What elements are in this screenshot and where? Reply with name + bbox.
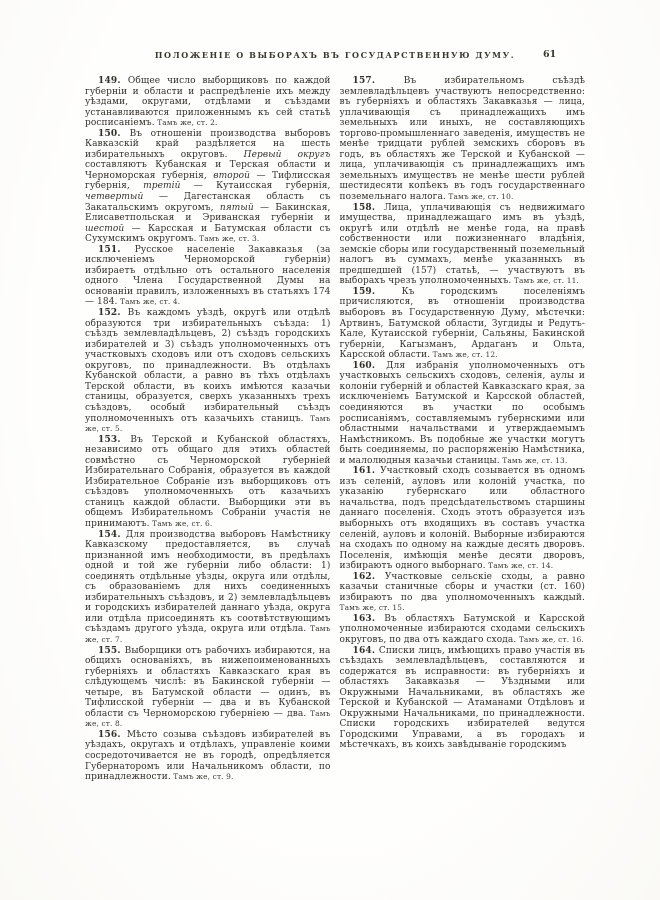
article-number: 157.	[353, 76, 404, 86]
article-text: четвертый	[85, 192, 143, 202]
article-158: 158. Лица, уплачивающія съ недвижимаго и…	[340, 203, 586, 287]
article-text: Для избранія уполномоченныхъ отъ участко…	[340, 361, 586, 466]
article-text: второй	[213, 171, 250, 181]
article-text: Списки лицъ, имѣющихъ право участія въ с…	[340, 646, 586, 751]
article-number: 154.	[98, 530, 126, 540]
source-reference: Тамъ же, ст. 12.	[430, 350, 498, 359]
article-number: 164.	[353, 646, 379, 656]
article-number: 162.	[353, 572, 385, 582]
article-number: 151.	[98, 245, 135, 255]
source-reference: Тамъ же, ст. 6.	[150, 519, 213, 528]
source-reference: Тамъ же, ст. 11.	[511, 276, 579, 285]
left-column: 149. Общее число выборщиковъ по каждой г…	[85, 76, 331, 783]
article-155: 155. Выборщики отъ рабочихъ избираются, …	[85, 646, 331, 730]
article-163: 163. Въ областяхъ Батумской и Карсской у…	[340, 614, 586, 646]
article-text: Для производства выборовъ Намѣстнику Кав…	[85, 530, 331, 635]
article-number: 158.	[353, 203, 385, 213]
article-number: 159.	[353, 287, 402, 297]
article-number: 161.	[353, 466, 381, 476]
article-162: 162. Участковые сельскіе сходы, а равно …	[340, 572, 586, 614]
article-160: 160. Для избранія уполномоченныхъ отъ уч…	[340, 361, 586, 466]
article-164: 164. Списки лицъ, имѣющихъ право участія…	[340, 646, 586, 751]
article-151: 151. Русское населеніе Закавказья (за ис…	[85, 245, 331, 308]
article-text: Въ каждомъ уѣздѣ, округѣ или отдѣлѣ обра…	[85, 308, 331, 423]
article-number: 155.	[98, 646, 125, 656]
article-156: 156. Мѣсто созыва съѣздовъ избирателей в…	[85, 730, 331, 783]
article-text: шестой	[85, 224, 124, 234]
article-text: Въ Терской и Кубанской областяхъ, незави…	[85, 435, 331, 529]
article-text: Первый округъ	[244, 150, 331, 160]
source-reference: Тамъ же, ст. 10.	[446, 192, 514, 201]
page-number: 61	[543, 49, 556, 60]
article-text: третій	[143, 181, 180, 191]
article-number: 156.	[98, 730, 127, 740]
source-reference: Тамъ же, ст. 15.	[340, 603, 405, 612]
article-text: Выборщики отъ рабочихъ избираются, на об…	[85, 646, 331, 719]
article-text: Лица, уплачивающія съ недвижимаго имущес…	[340, 203, 586, 287]
source-reference: Тамъ же, ст. 14.	[486, 561, 554, 570]
article-number: 149.	[98, 76, 128, 86]
article-text: Участковый сходъ созывается въ одномъ из…	[340, 466, 586, 571]
source-reference: Тамъ же, ст. 4.	[118, 297, 181, 306]
article-number: 163.	[353, 614, 385, 624]
article-number: 152.	[98, 308, 128, 318]
source-reference: Тамъ же, ст. 9.	[171, 772, 234, 781]
source-reference: Тамъ же, ст. 3.	[197, 234, 260, 243]
article-150: 150. Въ отношеніи производства выборовъ …	[85, 129, 331, 245]
text-columns: 149. Общее число выборщиковъ по каждой г…	[85, 76, 585, 783]
article-number: 160.	[353, 361, 387, 371]
source-reference: Тамъ же, ст. 16.	[516, 635, 584, 644]
source-reference: Тамъ же, ст. 2.	[155, 118, 218, 127]
article-152: 152. Въ каждомъ уѣздѣ, округѣ или отдѣлѣ…	[85, 308, 331, 435]
article-159: 159. Къ городскимъ поселеніямъ причисляю…	[340, 287, 586, 361]
running-header-title: ПОЛОЖЕНІЕ О ВЫБОРАХЪ ВЪ ГОСУДАРСТВЕННУЮ …	[85, 50, 585, 60]
article-text: — Кутаисская губернія,	[181, 181, 331, 191]
article-text: Въ избирательномъ съѣздѣ землевладѣльцев…	[340, 76, 586, 202]
right-column: 157. Въ избирательномъ съѣздѣ землевладѣ…	[340, 76, 586, 783]
article-149: 149. Общее число выборщиковъ по каждой г…	[85, 76, 331, 129]
article-text: пятый	[220, 203, 254, 213]
source-reference: Тамъ же, ст. 13.	[500, 456, 568, 465]
article-number: 150.	[98, 129, 130, 139]
document-page: ПОЛОЖЕНІЕ О ВЫБОРАХЪ ВЪ ГОСУДАРСТВЕННУЮ …	[0, 0, 660, 900]
article-number: 153.	[98, 435, 130, 445]
article-154: 154. Для производства выборовъ Намѣстник…	[85, 530, 331, 646]
article-161: 161. Участковый сходъ созывается въ одно…	[340, 466, 586, 571]
article-157: 157. Въ избирательномъ съѣздѣ землевладѣ…	[340, 76, 586, 203]
article-153: 153. Въ Терской и Кубанской областяхъ, н…	[85, 435, 331, 530]
